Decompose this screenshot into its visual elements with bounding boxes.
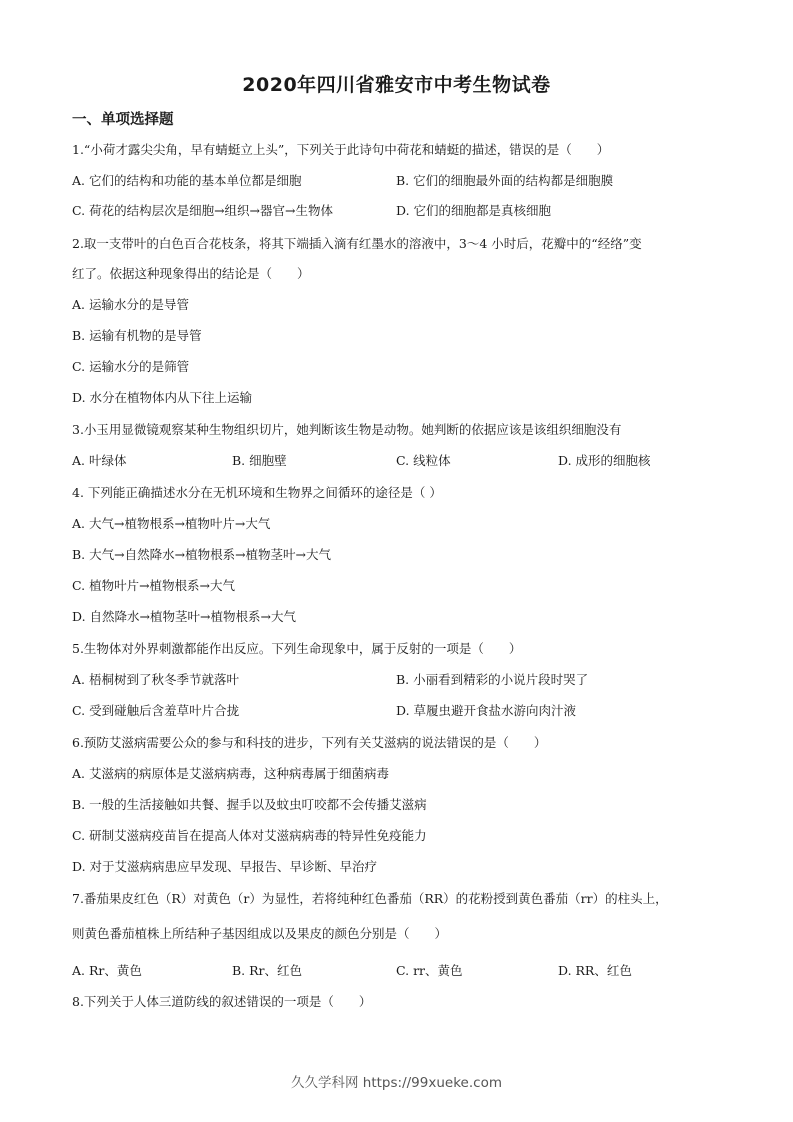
question-4-option-c: C. 植物叶片→植物根系→大气 (72, 578, 235, 594)
question-6-option-c: C. 研制艾滋病疫苗旨在提高人体对艾滋病病毒的特异性免疫能力 (72, 828, 427, 844)
question-2-stem-line-2: 红了。依据这种现象得出的结论是（ ） (72, 266, 310, 282)
question-6-option-b: B. 一般的生活接触如共餐、握手以及蚊虫叮咬都不会传播艾滋病 (72, 797, 427, 813)
question-4-option-b: B. 大气→自然降水→植物根系→植物茎叶→大气 (72, 547, 331, 563)
question-5-option-c: C. 受到碰触后含羞草叶片合拢 (72, 703, 239, 719)
question-3-option-c: C. 线粒体 (396, 453, 451, 469)
question-8-stem: 8.下列关于人体三道防线的叙述错误的一项是（ ） (72, 994, 371, 1010)
question-7-option-c: C. rr、黄色 (396, 963, 463, 979)
question-3-option-a: A. 叶绿体 (72, 453, 126, 469)
question-3-option-b: B. 细胞壁 (232, 453, 287, 469)
question-6-option-a: A. 艾滋病的病原体是艾滋病病毒，这种病毒属于细菌病毒 (72, 766, 389, 782)
question-1-option-d: D. 它们的细胞都是真核细胞 (396, 203, 551, 219)
question-2-option-d: D. 水分在植物体内从下往上运输 (72, 390, 252, 406)
footer-watermark: 久久学科网 https://99xueke.com (0, 1071, 793, 1091)
question-4-option-d: D. 自然降水→植物茎叶→植物根系→大气 (72, 609, 296, 625)
question-5-option-d: D. 草履虫避开食盐水游向肉汁液 (396, 703, 576, 719)
question-3-stem: 3.小玉用显微镜观察某种生物组织切片，她判断该生物是动物。她判断的依据应该是该组… (72, 422, 621, 438)
question-5-option-a: A. 梧桐树到了秋冬季节就落叶 (72, 672, 239, 688)
question-5-stem: 5.生物体对外界刺激都能作出反应。下列生命现象中，属于反射的一项是（ ） (72, 641, 521, 657)
page-title: 2020年四川省雅安市中考生物试卷 (0, 70, 793, 97)
question-4-option-a: A. 大气→植物根系→植物叶片→大气 (72, 516, 270, 532)
question-1-option-b: B. 它们的细胞最外面的结构都是细胞膜 (396, 173, 613, 189)
question-2-option-c: C. 运输水分的是筛管 (72, 359, 189, 375)
question-1-stem: 1.“小荷才露尖尖角，早有蜻蜓立上头”，下列关于此诗句中荷花和蜻蜓的描述，错误的… (72, 142, 609, 158)
question-2-option-a: A. 运输水分的是导管 (72, 297, 189, 313)
question-6-option-d: D. 对于艾滋病病患应早发现、早报告、早诊断、早治疗 (72, 859, 377, 875)
question-2-stem-line-1: 2.取一支带叶的白色百合花枝条，将其下端插入滴有红墨水的溶液中，3～4 小时后，… (72, 236, 642, 252)
question-6-stem: 6.预防艾滋病需要公众的参与和科技的进步，下列有关艾滋病的说法错误的是（ ） (72, 735, 546, 751)
question-3-option-d: D. 成形的细胞核 (558, 453, 651, 469)
question-7-option-d: D. RR、红色 (558, 963, 632, 979)
question-7-option-a: A. Rr、黄色 (72, 963, 142, 979)
question-2-option-b: B. 运输有机物的是导管 (72, 328, 202, 344)
question-5-option-b: B. 小丽看到精彩的小说片段时哭了 (396, 672, 588, 688)
section-heading: 一、单项选择题 (72, 108, 174, 129)
question-7-stem-line-2: 则黄色番茄植株上所结种子基因组成以及果皮的颜色分别是（ ） (72, 926, 447, 942)
question-7-stem-line-1: 7.番茄果皮红色（R）对黄色（r）为显性，若将纯种红色番茄（RR）的花粉授到黄色… (72, 891, 668, 907)
question-1-option-a: A. 它们的结构和功能的基本单位都是细胞 (72, 173, 301, 189)
question-1-option-c: C. 荷花的结构层次是细胞→组织→器官→生物体 (72, 203, 333, 219)
question-4-stem: 4. 下列能正确描述水分在无机环境和生物界之间循环的途径是（ ） (72, 485, 442, 501)
question-7-option-b: B. Rr、红色 (232, 963, 302, 979)
